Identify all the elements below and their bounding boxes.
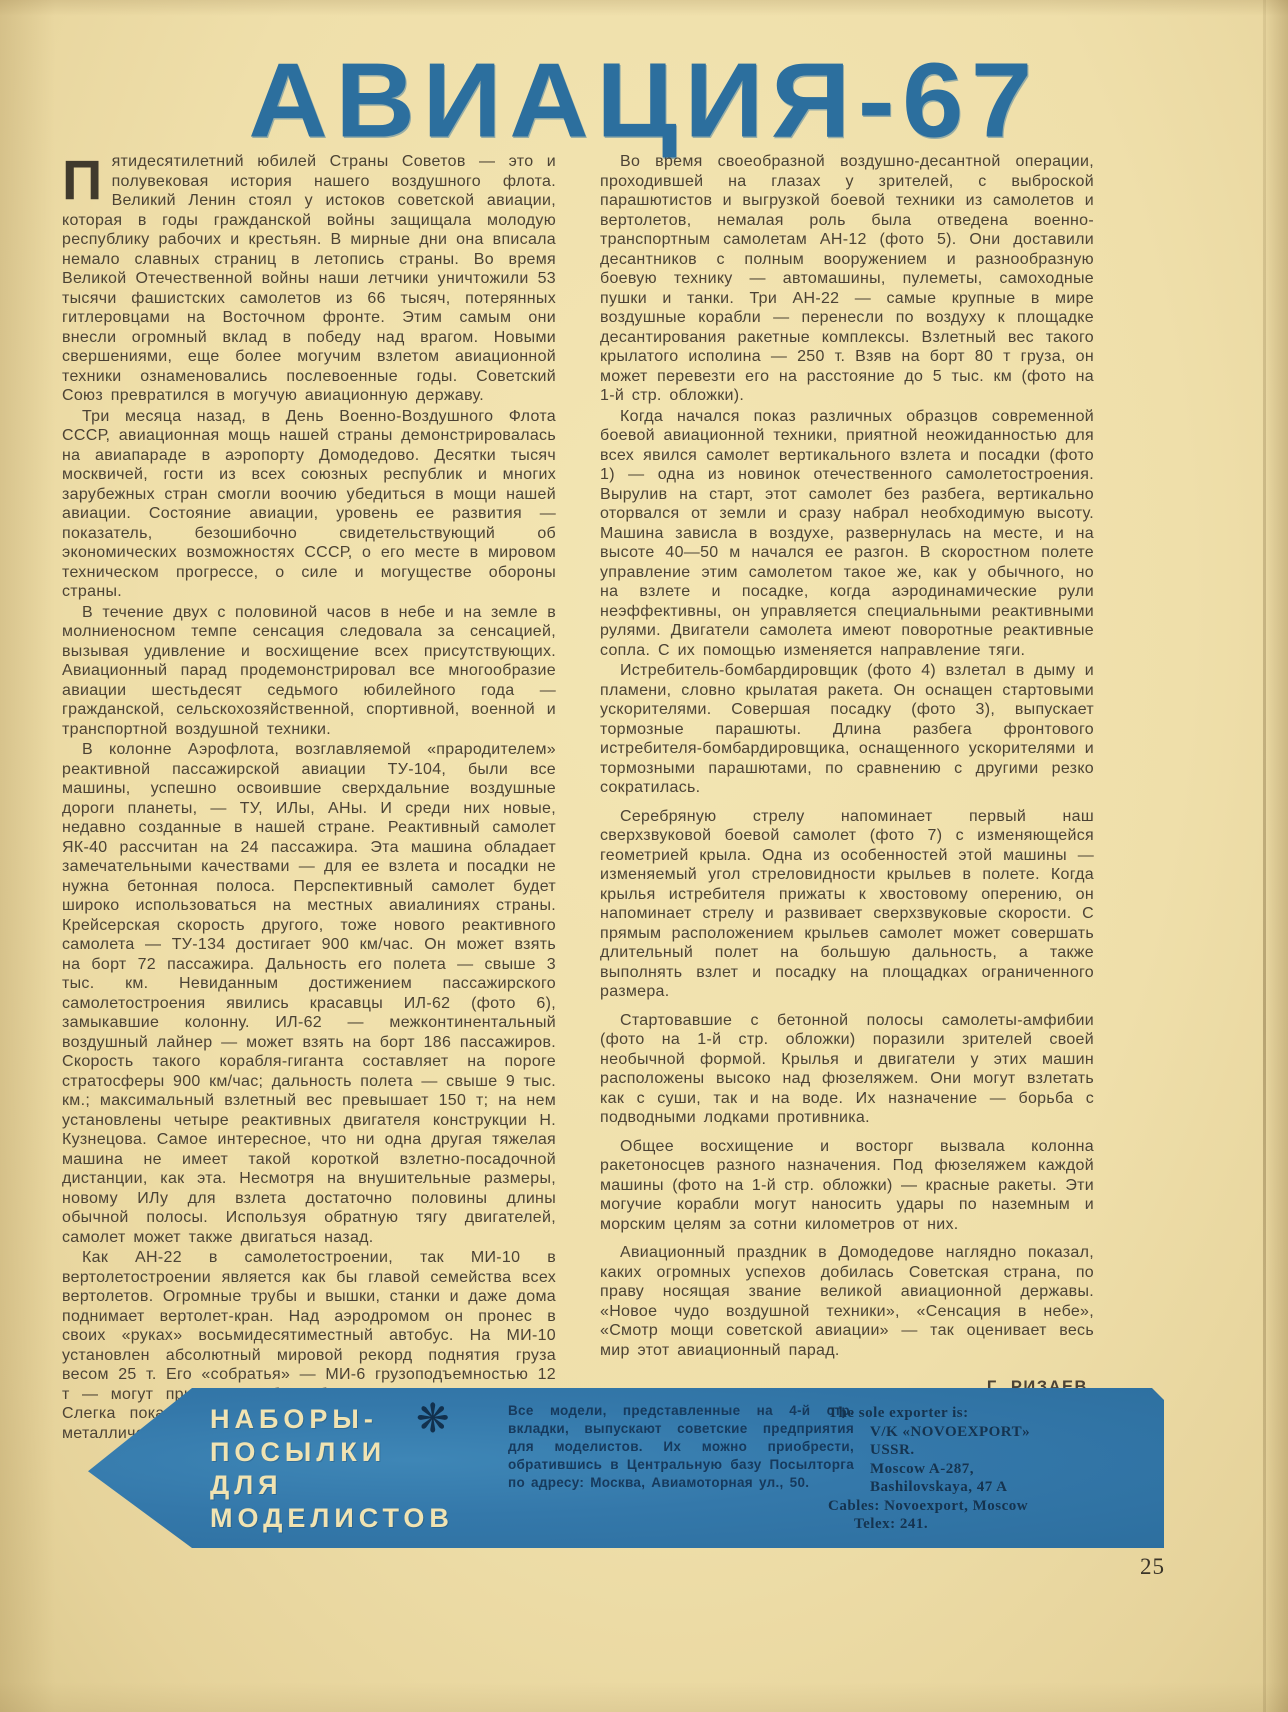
paragraph: Во время своеобразной воздушно-десантной… bbox=[600, 152, 1094, 406]
page-title: АВИАЦИЯ-67 bbox=[0, 40, 1288, 162]
paragraph: Общее восхищение и восторг вызвала колон… bbox=[600, 1137, 1094, 1235]
paragraph: Стартовавшие с бетонной полосы самолеты-… bbox=[600, 1011, 1094, 1128]
exporter-name: V/K «NOVOEXPORT» bbox=[828, 1423, 1154, 1442]
paragraph: Истребитель-бомбардировщик (фото 4) взле… bbox=[600, 661, 1094, 798]
exporter-telex: Telex: 241. bbox=[828, 1515, 1154, 1534]
exporter-cables: Cables: Novoexport, Moscow bbox=[828, 1497, 1154, 1516]
paragraph: Когда начался показ различных образцов с… bbox=[600, 407, 1094, 661]
paragraph: Серебряную стрелу напоминает первый наш … bbox=[600, 807, 1094, 1002]
paragraph: Три месяца назад, в День Военно-Воздушно… bbox=[62, 407, 556, 602]
paragraph: Пятидесятилетний юбилей Страны Советов —… bbox=[62, 152, 556, 406]
page-edge-shadow bbox=[1263, 0, 1266, 1712]
exporter-block: The sole exporter is: V/K «NOVOEXPORT» U… bbox=[828, 1404, 1154, 1534]
paragraph: В колонне Аэрофлота, возглавляемой «прар… bbox=[62, 740, 556, 1247]
left-column: Пятидесятилетний юбилей Страны Советов —… bbox=[62, 152, 556, 1445]
model-kits-banner: НАБОРЫ- ПОСЫЛКИ ДЛЯ МОДЕЛИСТОВ ❋ Все мод… bbox=[88, 1388, 1164, 1548]
paragraph: Авиационный праздник в Домодедове нагляд… bbox=[600, 1243, 1094, 1360]
banner-headline-line: ДЛЯ bbox=[210, 1469, 454, 1502]
exporter-city: Moscow A-287, bbox=[828, 1460, 1154, 1479]
magazine-page: АВИАЦИЯ-67 Пятидесятилетний юбилей Стран… bbox=[0, 0, 1288, 1712]
right-column: Во время своеобразной воздушно-десантной… bbox=[600, 152, 1094, 1445]
article-body: Пятидесятилетний юбилей Страны Советов —… bbox=[62, 152, 1094, 1445]
page-number: 25 bbox=[1140, 1554, 1165, 1580]
paragraph: В течение двух с половиной часов в небе … bbox=[62, 603, 556, 740]
exporter-country: USSR. bbox=[828, 1441, 1154, 1460]
banner-headline-line: МОДЕЛИСТОВ bbox=[210, 1502, 454, 1535]
exporter-street: Bashilovskaya, 47 A bbox=[828, 1478, 1154, 1497]
snowflake-icon: ❋ bbox=[416, 1396, 450, 1442]
banner-text-russian: Все модели, представленные на 4-й стр. в… bbox=[508, 1402, 854, 1492]
exporter-intro: The sole exporter is: bbox=[828, 1404, 1154, 1423]
